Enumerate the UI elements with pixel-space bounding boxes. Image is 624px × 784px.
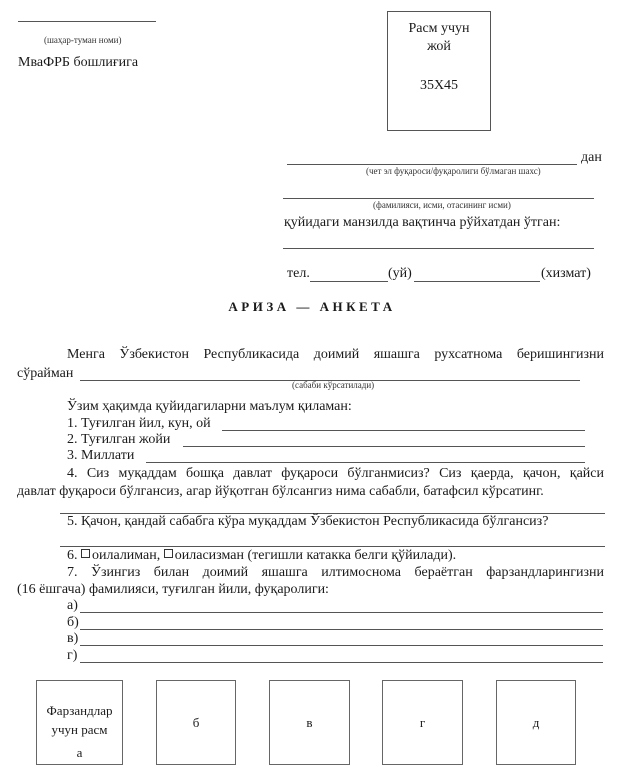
- single-checkbox[interactable]: [164, 549, 173, 558]
- info-intro: Ўзим ҳақимда қуйидагиларни маълум қилама…: [67, 399, 352, 415]
- q2-field[interactable]: [183, 446, 585, 447]
- child-photo-c: в: [269, 680, 350, 765]
- child-photo-e-label: д: [497, 715, 575, 731]
- from-suffix: дан: [581, 150, 602, 166]
- district-name-caption: (шаҳар-туман номи): [44, 35, 121, 45]
- request-line1: Менга Ўзбекистон Республикасида доимий я…: [67, 347, 604, 363]
- child-c-label: в): [67, 631, 78, 647]
- q6-option-married: оилалиман,: [92, 548, 160, 563]
- q5-label: 5. Қачон, қандай сабабга кўра муқаддам Ў…: [67, 514, 548, 530]
- q6-row: 6. оилалиман, оиласизман (тегишли катакк…: [67, 548, 456, 564]
- full-name-caption: (фамилияси, исми, отасининг исми): [373, 200, 511, 210]
- applicant-from-field[interactable]: [287, 164, 577, 165]
- q1-label: 1. Туғилган йил, кун, ой: [67, 416, 211, 432]
- document-title: АРИЗА — АНКЕТА: [0, 299, 624, 315]
- child-photo-e: д: [496, 680, 576, 765]
- full-name-field[interactable]: [283, 198, 594, 199]
- from-caption: (чет эл фуқароси/фуқаролиги бўлмаган шах…: [366, 166, 541, 176]
- photo-placeholder: Расм учун жой 35Х45: [387, 11, 491, 131]
- reason-caption: (сабаби кўрсатилади): [292, 380, 374, 390]
- child-b-field[interactable]: [80, 629, 603, 630]
- q1-field[interactable]: [222, 430, 585, 431]
- child-a-field[interactable]: [80, 612, 603, 613]
- married-checkbox[interactable]: [81, 549, 90, 558]
- district-name-field[interactable]: [18, 21, 156, 22]
- q5-field[interactable]: [60, 546, 605, 547]
- q3-label: 3. Миллати: [67, 448, 134, 464]
- tel-work-field[interactable]: [414, 281, 540, 282]
- q6-option-single: оиласизман (тегишли катакка белги қўйила…: [175, 548, 456, 563]
- photo-size: 35Х45: [388, 78, 490, 94]
- tel-label: тел.: [287, 266, 310, 282]
- q7-line2: (16 ёшгача) фамилияси, туғилган йили, фу…: [17, 582, 329, 598]
- address-field[interactable]: [283, 248, 594, 249]
- photo-caption-line2: жой: [388, 38, 490, 56]
- child-photo-b: б: [156, 680, 236, 765]
- child-photo-caption-line2: учун расм: [37, 720, 122, 739]
- child-photo-d: г: [382, 680, 463, 765]
- q7-line1: 7. Ўзингиз билан доимий яшашга илтимосно…: [67, 565, 604, 581]
- child-photo-c-label: в: [270, 715, 349, 731]
- q4-line2: давлат фуқароси бўлгансиз, агар йўқотган…: [17, 484, 544, 500]
- child-d-label: г): [67, 648, 77, 664]
- address-label: қуйидаги манзилда вақтинча рўйхатдан ўтг…: [284, 215, 560, 231]
- q3-field[interactable]: [146, 462, 585, 463]
- q2-label: 2. Туғилган жойи: [67, 432, 170, 448]
- child-d-field[interactable]: [80, 662, 603, 663]
- q6-prefix: 6.: [67, 548, 78, 563]
- child-photo-a-label: а: [37, 745, 122, 761]
- child-b-label: б): [67, 615, 79, 631]
- request-line2-prefix: сўрайман: [17, 366, 73, 382]
- recipient-label: МваФРБ бошлиғига: [18, 55, 138, 71]
- tel-work-label: (хизмат): [541, 266, 591, 282]
- child-photo-caption-line1: Фарзандлар: [37, 701, 122, 720]
- child-a-label: а): [67, 598, 78, 614]
- child-photo-a: Фарзандлар учун расм а: [36, 680, 123, 765]
- child-c-field[interactable]: [80, 645, 603, 646]
- tel-home-label: (уй): [388, 266, 412, 282]
- tel-home-field[interactable]: [310, 281, 388, 282]
- q4-line1: 4. Сиз муқаддам бошқа давлат фуқароси бў…: [67, 466, 604, 482]
- child-photo-d-label: г: [383, 715, 462, 731]
- child-photo-b-label: б: [157, 715, 235, 731]
- photo-caption-line1: Расм учун: [388, 20, 490, 38]
